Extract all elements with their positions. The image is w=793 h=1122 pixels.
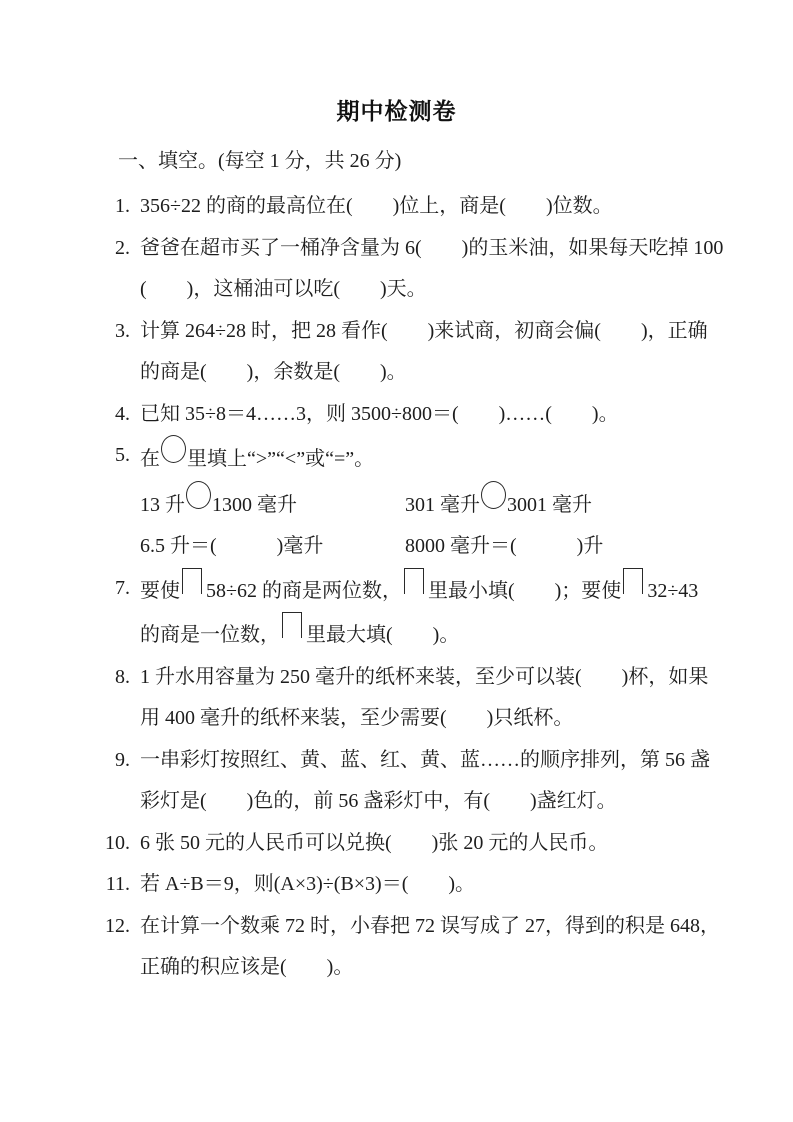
question-line: 要使58÷62 的商是两位数，里最小填( )；要使32÷43 [140, 568, 703, 613]
question-11: 11. 若 A÷B＝9，则(A×3)÷(B×3)＝( )。 [140, 864, 703, 906]
question-number: 9. [100, 740, 130, 782]
question-2: 2. 爸爸在超市买了一桶净含量为 6( )的玉米油，如果每天吃掉 100 ( )… [140, 228, 703, 311]
question-line: 若 A÷B＝9，则(A×3)÷(B×3)＝( )。 [140, 864, 703, 906]
conversion-left: 6.5 升＝( )毫升 [140, 526, 405, 568]
questions-list: 1. 356÷22 的商的最高位在( )位上，商是( )位数。 2. 爸爸在超市… [0, 186, 793, 989]
question-number: 7. [100, 568, 130, 610]
question-text: 1300 毫升 [212, 494, 297, 516]
question-line: 的商是( )，余数是( )。 [140, 352, 703, 394]
digit-box-icon [404, 568, 424, 594]
question-line: 的商是一位数，里最大填( )。 [140, 612, 703, 657]
question-number: 10. [100, 823, 130, 865]
comparison-right: 301 毫升3001 毫升 [405, 494, 592, 516]
question-text: 13 升 [140, 494, 185, 516]
paper-title: 期中检测卷 [0, 0, 793, 128]
circle-blank-icon [481, 481, 506, 509]
question-line: 6.5 升＝( )毫升8000 毫升＝( )升 [140, 526, 703, 568]
question-3: 3. 计算 264÷28 时，把 28 看作( )来试商，初商会偏( )，正确 … [140, 311, 703, 394]
question-9: 9. 一串彩灯按照红、黄、蓝、红、黄、蓝……的顺序排列，第 56 盏 彩灯是( … [140, 740, 703, 823]
question-line: ( )，这桶油可以吃( )天。 [140, 269, 703, 311]
question-line: 在计算一个数乘 72 时，小春把 72 误写成了 27，得到的积是 648， [140, 906, 703, 948]
question-number: 3. [100, 311, 130, 353]
question-8: 8. 1 升水用容量为 250 毫升的纸杯来装，至少可以装( )杯，如果 用 4… [140, 657, 703, 740]
question-text: 里最小填( )；要使 [428, 580, 621, 602]
question-line: 用 400 毫升的纸杯来装，至少需要( )只纸杯。 [140, 698, 703, 740]
question-line: 爸爸在超市买了一桶净含量为 6( )的玉米油，如果每天吃掉 100 [140, 228, 703, 270]
digit-box-icon [282, 612, 302, 638]
question-line: 一串彩灯按照红、黄、蓝、红、黄、蓝……的顺序排列，第 56 盏 [140, 740, 703, 782]
question-text: 58÷62 的商是两位数， [206, 580, 402, 602]
question-10: 10. 6 张 50 元的人民币可以兑换( )张 20 元的人民币。 [140, 823, 703, 865]
comparison-left: 13 升1300 毫升 [140, 481, 405, 527]
question-line: 356÷22 的商的最高位在( )位上，商是( )位数。 [140, 186, 703, 228]
question-7: 7. 要使58÷62 的商是两位数，里最小填( )；要使32÷43 的商是一位数… [140, 568, 703, 657]
question-line: 1 升水用容量为 250 毫升的纸杯来装，至少可以装( )杯，如果 [140, 657, 703, 699]
question-line: 计算 264÷28 时，把 28 看作( )来试商，初商会偏( )，正确 [140, 311, 703, 353]
question-1: 1. 356÷22 的商的最高位在( )位上，商是( )位数。 [140, 186, 703, 228]
digit-box-icon [623, 568, 643, 594]
question-12: 12. 在计算一个数乘 72 时，小春把 72 误写成了 27，得到的积是 64… [140, 906, 703, 989]
question-number: 4. [100, 394, 130, 436]
section-heading: 一、填空。(每空 1 分，共 26 分) [118, 144, 793, 178]
question-line: 13 升1300 毫升301 毫升3001 毫升 [140, 481, 703, 527]
question-4: 4. 已知 35÷8＝4……3，则 3500÷800＝( )……( )。 [140, 394, 703, 436]
document-page: 期中检测卷 一、填空。(每空 1 分，共 26 分) 1. 356÷22 的商的… [0, 0, 793, 1122]
question-number: 1. [100, 186, 130, 228]
question-number: 11. [100, 864, 130, 906]
question-5: 5. 在里填上“>”“<”或“=”。 13 升1300 毫升301 毫升3001… [140, 435, 703, 568]
circle-blank-icon [186, 481, 211, 509]
question-text: 的商是一位数， [140, 624, 280, 646]
question-text: 里填上“>”“<”或“=”。 [187, 448, 374, 470]
circle-blank-icon [161, 435, 186, 463]
question-text: 3001 毫升 [507, 494, 592, 516]
digit-box-icon [182, 568, 202, 594]
question-line: 已知 35÷8＝4……3，则 3500÷800＝( )……( )。 [140, 394, 703, 436]
question-line: 彩灯是( )色的，前 56 盏彩灯中，有( )盏红灯。 [140, 781, 703, 823]
question-text: 在 [140, 448, 160, 470]
question-line: 在里填上“>”“<”或“=”。 [140, 435, 703, 481]
question-text: 32÷43 [647, 580, 698, 602]
question-number: 2. [100, 228, 130, 270]
question-number: 12. [100, 906, 130, 948]
question-text: 301 毫升 [405, 494, 480, 516]
question-number: 5. [100, 435, 130, 477]
question-line: 6 张 50 元的人民币可以兑换( )张 20 元的人民币。 [140, 823, 703, 865]
conversion-right: 8000 毫升＝( )升 [405, 535, 603, 557]
question-number: 8. [100, 657, 130, 699]
question-line: 正确的积应该是( )。 [140, 947, 703, 989]
question-text: 里最大填( )。 [306, 624, 459, 646]
question-text: 要使 [140, 580, 180, 602]
